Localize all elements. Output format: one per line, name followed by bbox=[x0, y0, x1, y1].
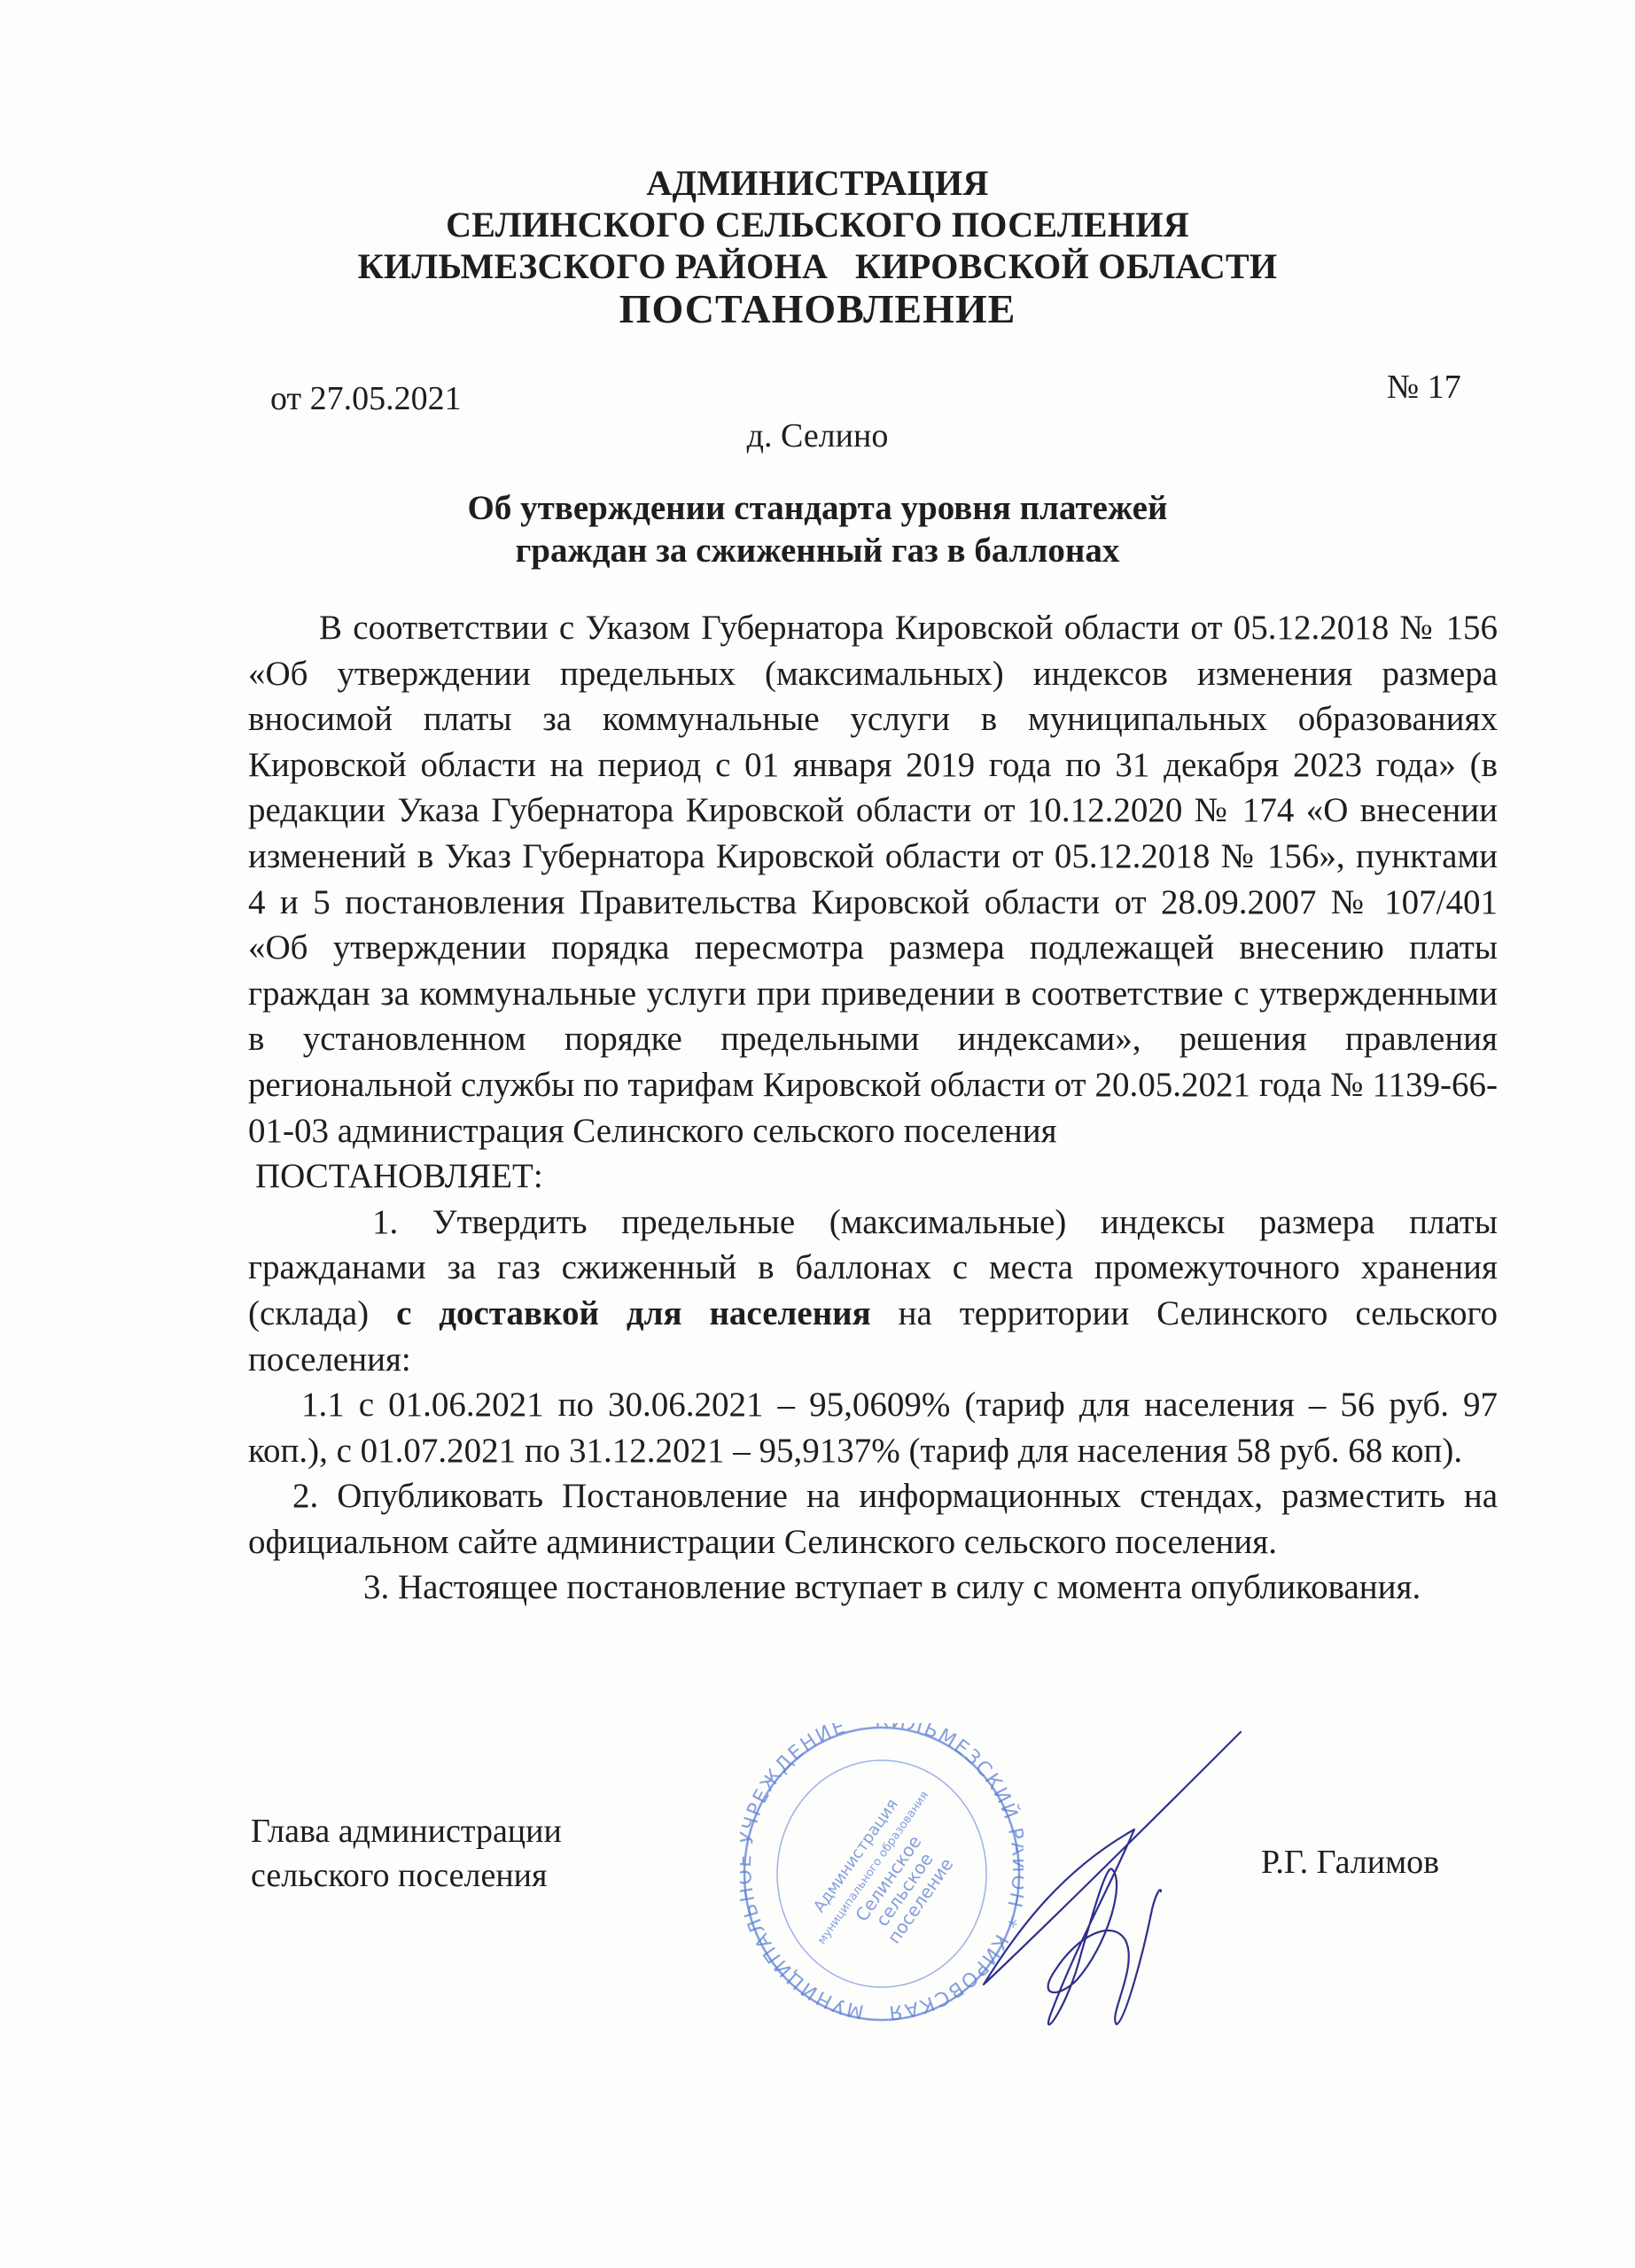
document-date: от 27.05.2021 bbox=[270, 379, 462, 418]
document-body: В соответствии с Указом Губернатора Киро… bbox=[248, 605, 1498, 1611]
document-page: АДМИНИСТРАЦИЯ СЕЛИНСКОГО СЕЛЬСКОГО ПОСЕЛ… bbox=[0, 0, 1635, 2268]
header-line-1: АДМИНИСТРАЦИЯ bbox=[0, 162, 1635, 204]
item-2-paragraph: 2. Опубликовать Постановление на информа… bbox=[248, 1473, 1498, 1565]
document-type: ПОСТАНОВЛЕНИЕ bbox=[0, 285, 1635, 332]
item-1-bold-text: с доставкой для населения bbox=[396, 1294, 871, 1332]
item-1-1-paragraph: 1.1 с 01.06.2021 по 30.06.2021 – 95,0609… bbox=[248, 1382, 1498, 1473]
position-line-2: сельского поселения bbox=[251, 1853, 562, 1898]
item-1-paragraph: 1. Утвердить предельные (максимальные) и… bbox=[248, 1200, 1498, 1382]
title-line-1: Об утверждении стандарта уровня платежей bbox=[0, 487, 1635, 530]
issuer-header: АДМИНИСТРАЦИЯ СЕЛИНСКОГО СЕЛЬСКОГО ПОСЕЛ… bbox=[0, 162, 1635, 287]
handwritten-signature-icon bbox=[886, 1714, 1258, 2042]
item-3-paragraph: 3. Настоящее постановление вступает в си… bbox=[248, 1565, 1498, 1611]
document-title: Об утверждении стандарта уровня платежей… bbox=[0, 487, 1635, 572]
header-line-3: КИЛЬМЕЗСКОГО РАЙОНА КИРОВСКОЙ ОБЛАСТИ bbox=[0, 245, 1635, 287]
position-line-1: Глава администрации bbox=[251, 1809, 562, 1853]
decree-word: ПОСТАНОВЛЯЕТ: bbox=[248, 1153, 1498, 1200]
signatory-name: Р.Г. Галимов bbox=[1261, 1843, 1439, 1882]
document-place: д. Селино bbox=[0, 416, 1635, 455]
preamble-paragraph: В соответствии с Указом Губернатора Киро… bbox=[248, 605, 1498, 1153]
header-line-2: СЕЛИНСКОГО СЕЛЬСКОГО ПОСЕЛЕНИЯ bbox=[0, 204, 1635, 245]
title-line-2: граждан за сжиженный газ в баллонах bbox=[0, 530, 1635, 572]
signatory-position: Глава администрации сельского поселения bbox=[251, 1809, 562, 1898]
document-number: № 17 bbox=[1387, 368, 1461, 407]
